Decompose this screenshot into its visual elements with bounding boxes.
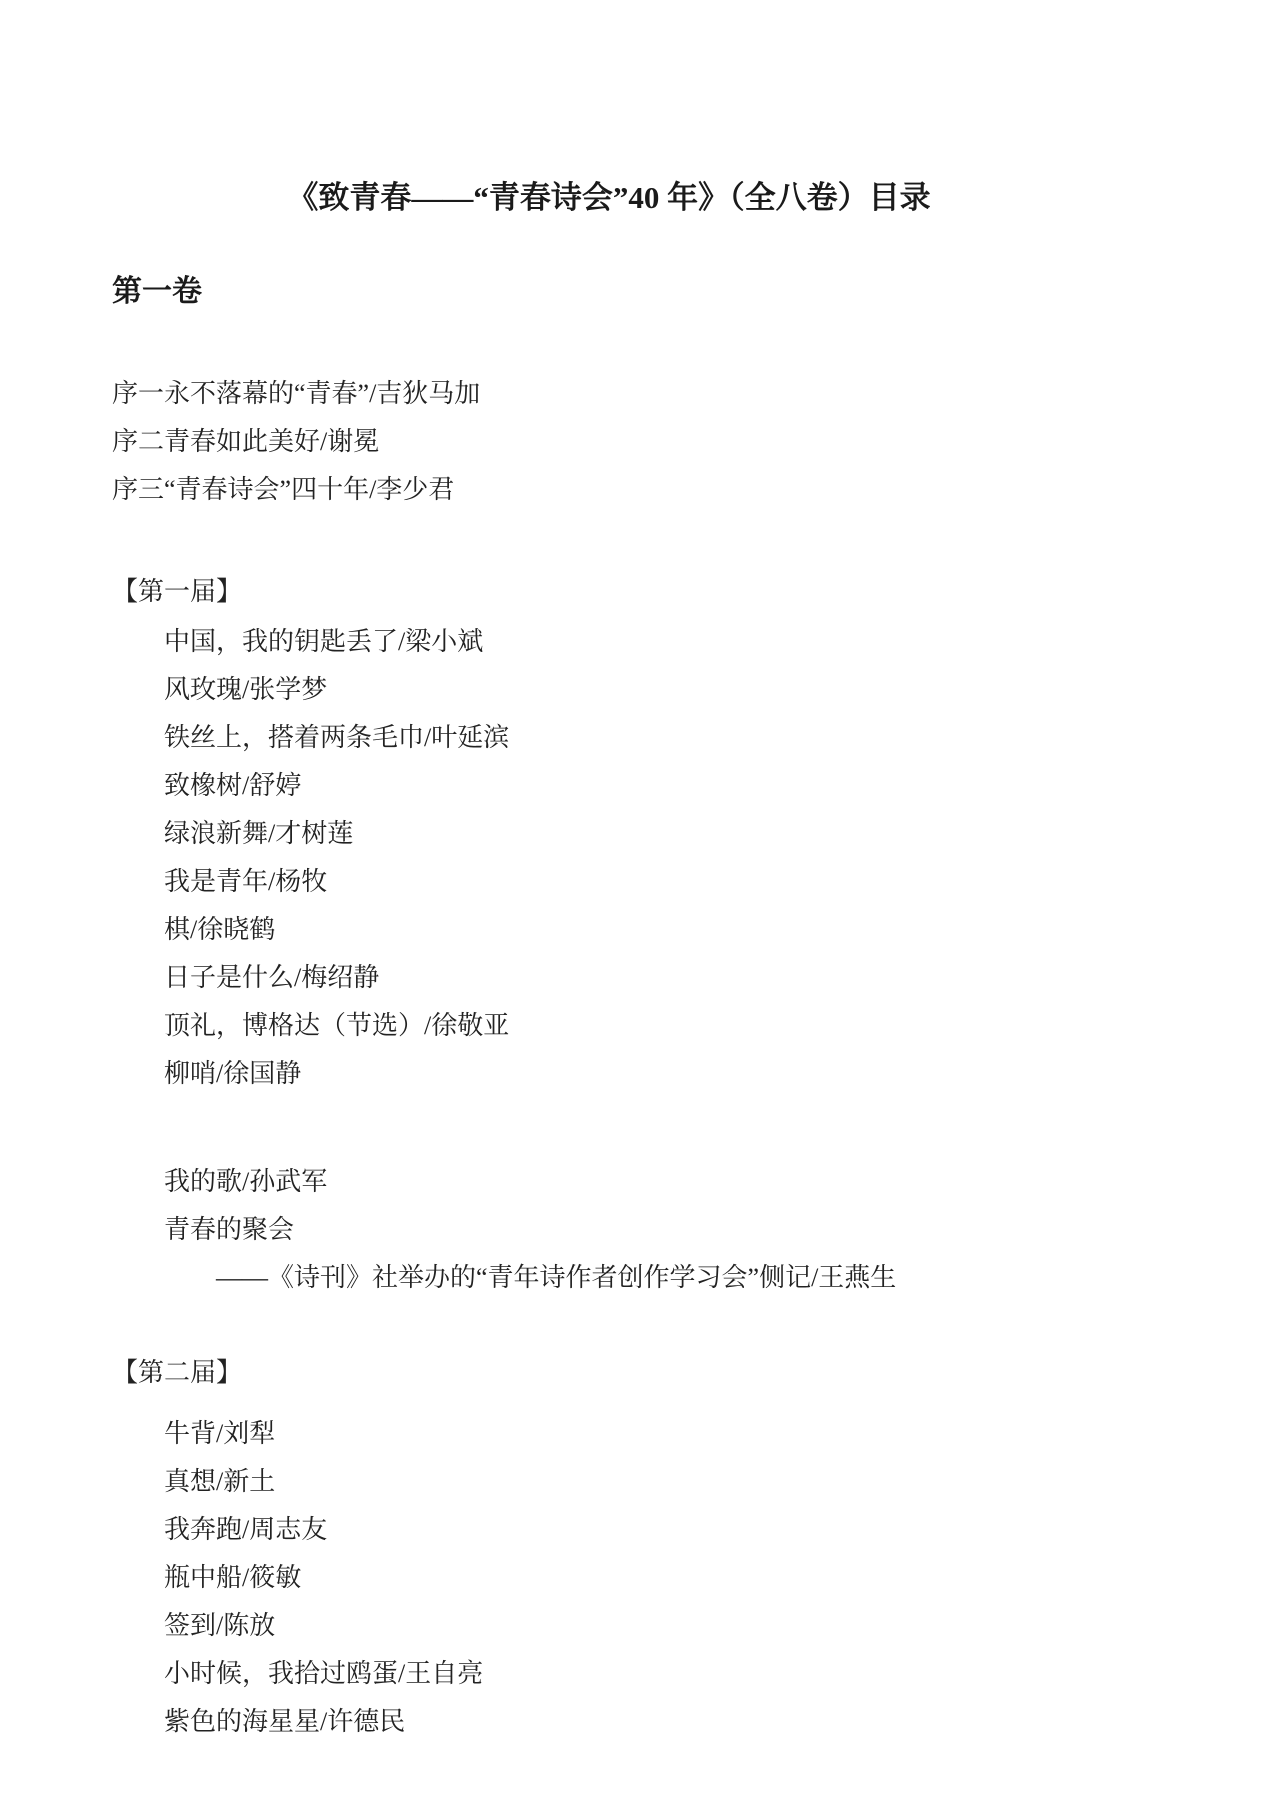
preface-line: 序一永不落幕的“青春”/吉狄马加 [112,370,1106,418]
entry-line: 我是青年/杨牧 [112,858,1106,906]
entry-line: 小时候，我拾过鸥蛋/王自亮 [112,1650,1106,1698]
page-title: 《致青春——“青春诗会”40 年》（全八卷）目录 [112,174,1106,222]
entry-line: 我奔跑/周志友 [112,1506,1106,1554]
entry-line: 青春的聚会 [112,1206,1106,1254]
entry-line: 中国，我的钥匙丢了/梁小斌 [112,618,1106,666]
entry-list: 中国，我的钥匙丢了/梁小斌 风玫瑰/张学梦 铁丝上，搭着两条毛巾/叶延滨 致橡树… [112,618,1106,1098]
entry-line: 致橡树/舒婷 [112,762,1106,810]
section-first-session: 【第一届】 中国，我的钥匙丢了/梁小斌 风玫瑰/张学梦 铁丝上，搭着两条毛巾/叶… [112,568,1106,1302]
entry-line: 日子是什么/梅绍静 [112,954,1106,1002]
entry-line: 顶礼，博格达（节选）/徐敬亚 [112,1002,1106,1050]
section-heading: 【第一届】 [112,568,1106,616]
entry-list: 牛背/刘犁 真想/新土 我奔跑/周志友 瓶中船/筱敏 签到/陈放 小时候，我拾过… [112,1410,1106,1746]
preface-line: 序二青春如此美好/谢冕 [112,418,1106,466]
section-heading: 【第二届】 [112,1349,1106,1397]
entry-line: 瓶中船/筱敏 [112,1554,1106,1602]
document-page: 《致青春——“青春诗会”40 年》（全八卷）目录 第一卷 序一永不落幕的“青春”… [0,0,1280,1809]
entry-line: 绿浪新舞/才树莲 [112,810,1106,858]
entry-line: 风玫瑰/张学梦 [112,666,1106,714]
entry-line: 棋/徐晓鹤 [112,906,1106,954]
document-content: 《致青春——“青春诗会”40 年》（全八卷）目录 第一卷 序一永不落幕的“青春”… [112,0,1106,1746]
volume-heading: 第一卷 [112,268,1106,316]
entry-list-continued: 我的歌/孙武军 青春的聚会 ——《诗刊》社举办的“青年诗作者创作学习会”侧记/王… [112,1158,1106,1302]
entry-line: 紫色的海星星/许德民 [112,1698,1106,1746]
section-second-session: 【第二届】 牛背/刘犁 真想/新土 我奔跑/周志友 瓶中船/筱敏 签到/陈放 小… [112,1349,1106,1746]
entry-line: 铁丝上，搭着两条毛巾/叶延滨 [112,714,1106,762]
entry-line: 牛背/刘犁 [112,1410,1106,1458]
preface-list: 序一永不落幕的“青春”/吉狄马加 序二青春如此美好/谢冕 序三“青春诗会”四十年… [112,370,1106,514]
entry-line: 柳哨/徐国静 [112,1050,1106,1098]
entry-subtitle-line: ——《诗刊》社举办的“青年诗作者创作学习会”侧记/王燕生 [112,1254,1106,1302]
preface-line: 序三“青春诗会”四十年/李少君 [112,466,1106,514]
entry-line: 我的歌/孙武军 [112,1158,1106,1206]
entry-line: 真想/新土 [112,1458,1106,1506]
entry-line: 签到/陈放 [112,1602,1106,1650]
